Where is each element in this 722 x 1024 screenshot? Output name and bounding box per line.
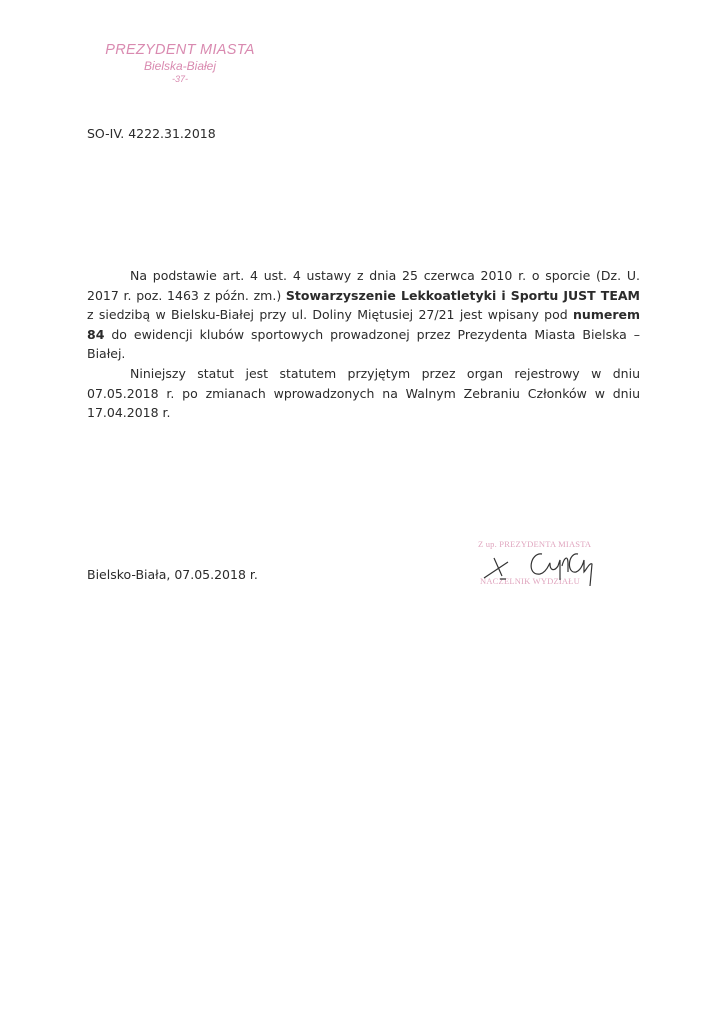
stamp-city: Bielska-Białej [95,59,265,73]
paragraph-statute: Niniejszy statut jest statutem przyjętym… [87,364,640,423]
document-body: Na podstawie art. 4 ust. 4 ustawy z dnia… [87,266,640,423]
stamp-title: PREZYDENT MIASTA [95,42,265,58]
handwritten-signature-icon [470,536,620,596]
paragraph-registration: Na podstawie art. 4 ust. 4 ustawy z dnia… [87,266,640,364]
text-segment: z siedzibą w Bielsku-Białej przy ul. Dol… [87,307,573,322]
reference-number: SO-IV. 4222.31.2018 [87,126,216,141]
signature-block: Z up. PREZYDENTA MIASTA NACZELNIK WYDZIA… [470,536,620,591]
association-name: Stowarzyszenie Lekkoatletyki i Sportu JU… [286,288,640,303]
city-president-stamp: PREZYDENT MIASTA Bielska-Białej -37- [95,42,265,84]
text-segment: do ewidencji klubów sportowych prowadzon… [87,327,640,362]
stamp-number: -37- [95,74,265,84]
place-and-date: Bielsko-Biała, 07.05.2018 r. [87,567,258,582]
